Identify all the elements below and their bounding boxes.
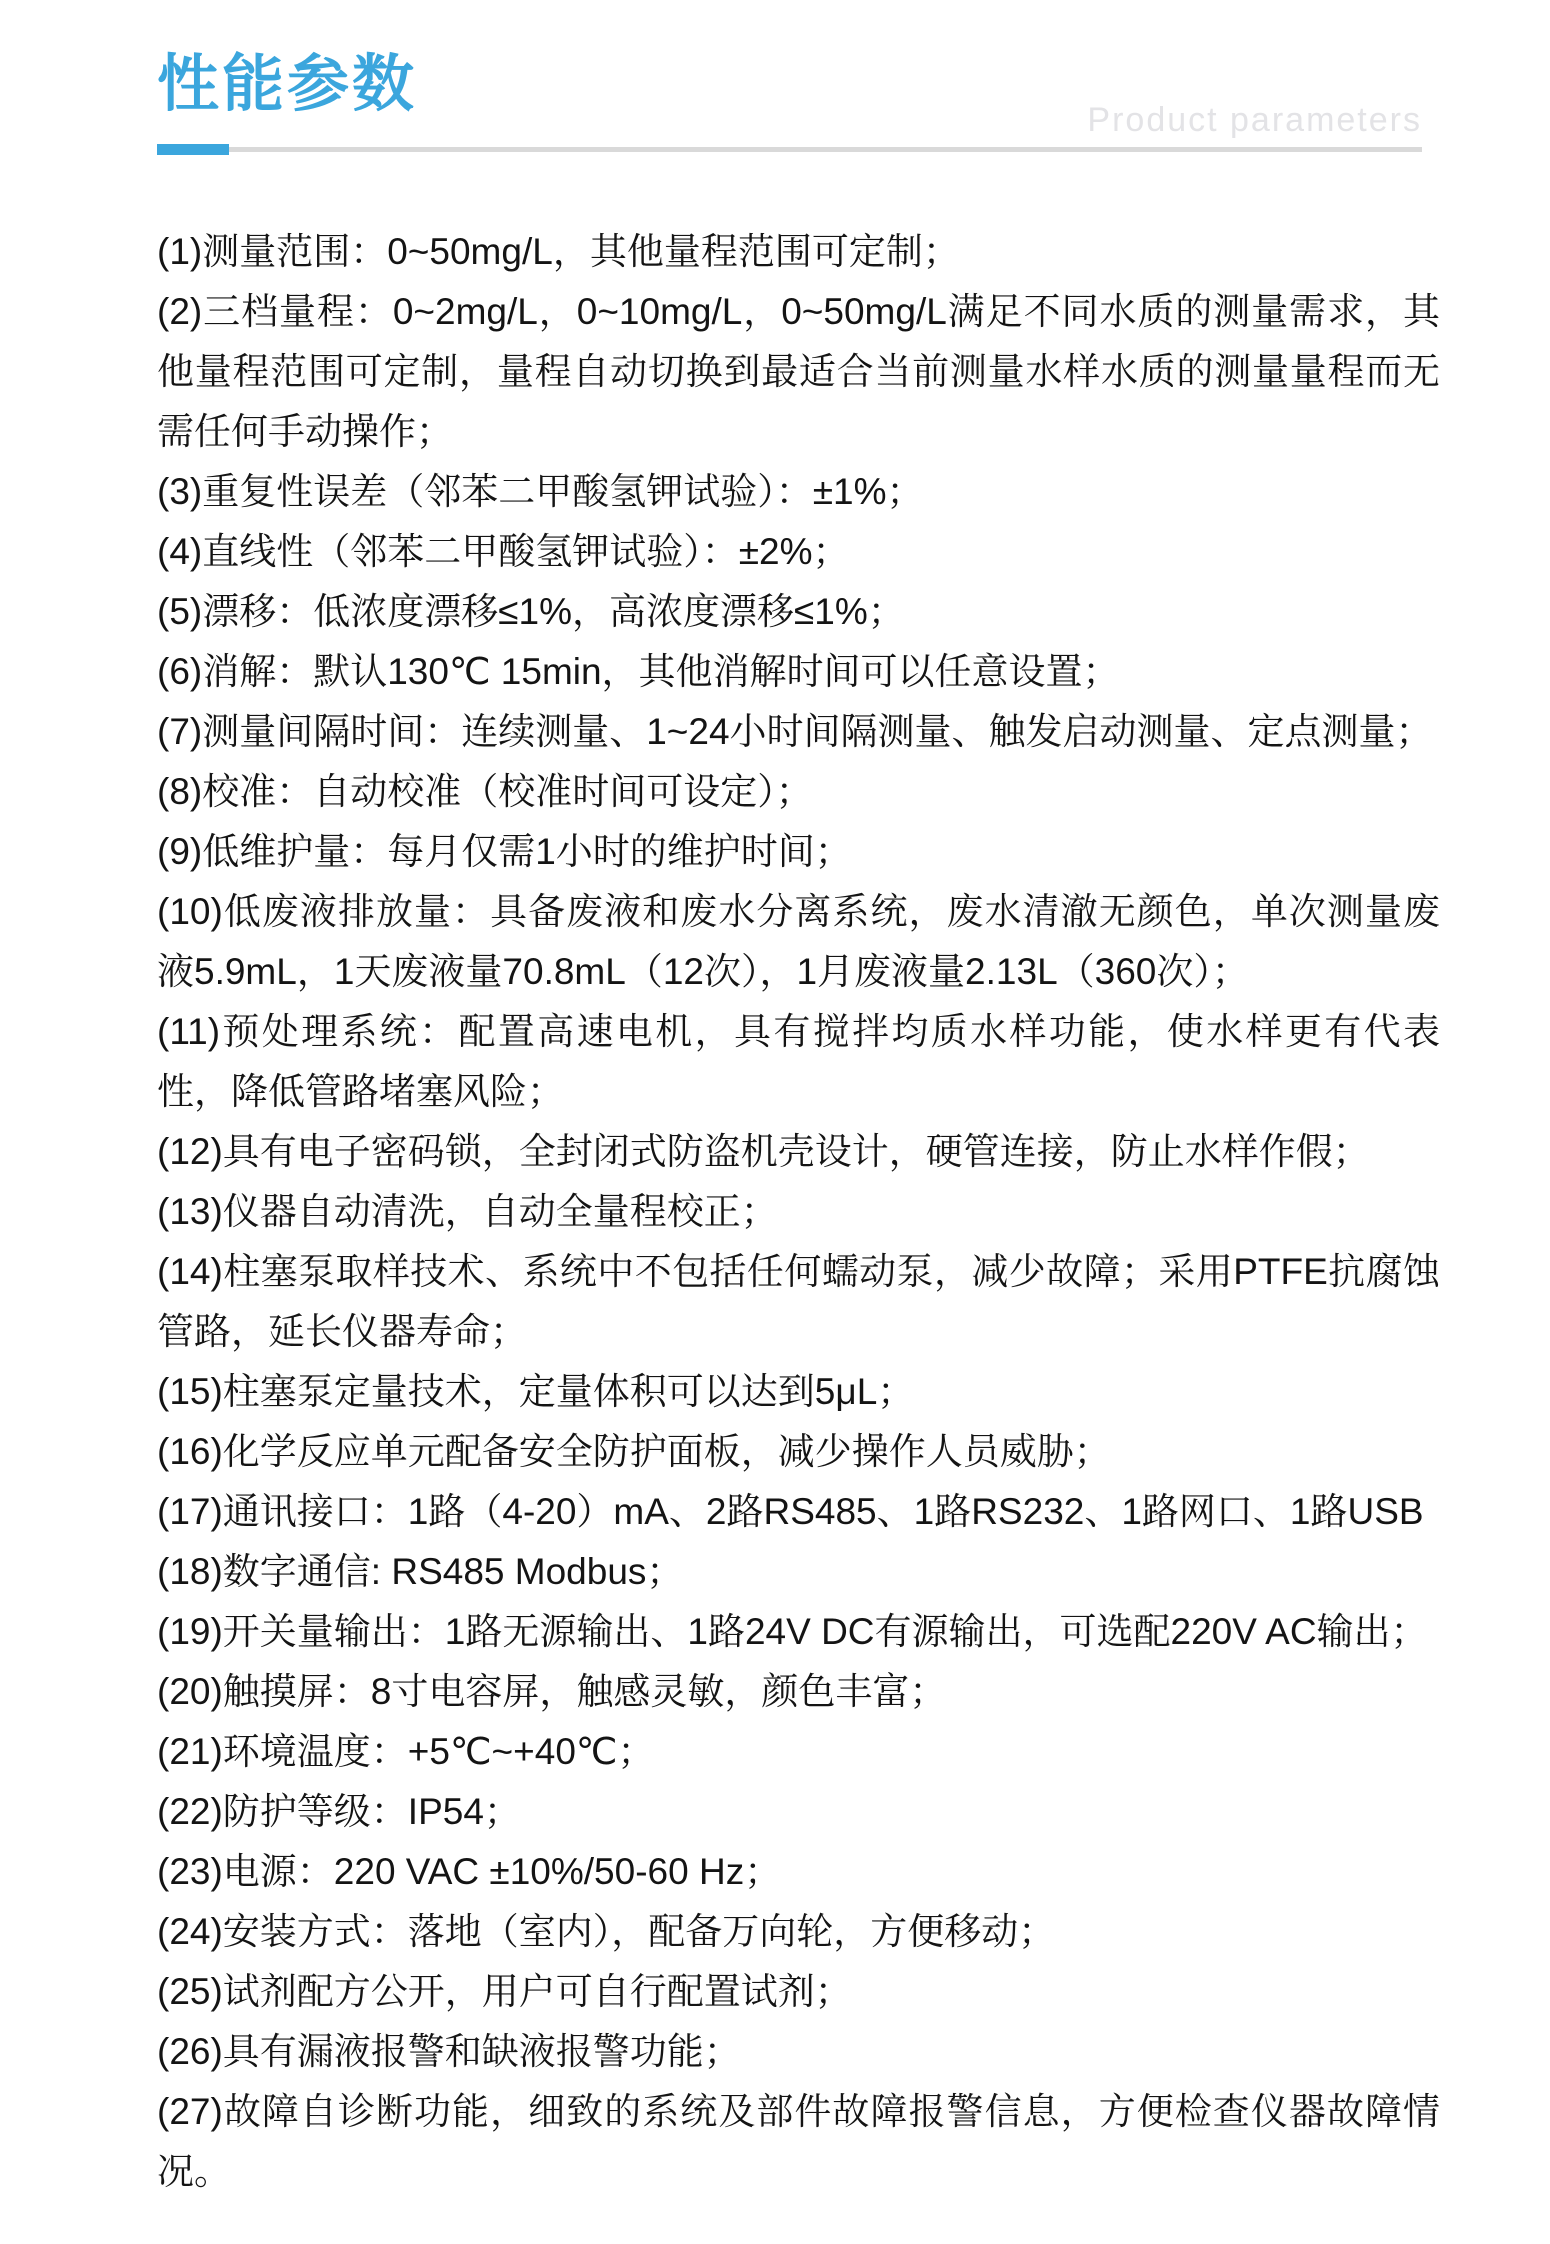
spec-item-20: (20)触摸屏：8寸电容屏，触感灵敏，颜色丰富； bbox=[157, 1662, 1440, 1722]
spec-item-4: (4)直线性（邻苯二甲酸氢钾试验）：±2%； bbox=[157, 522, 1440, 582]
spec-item-11: (11)预处理系统：配置高速电机，具有搅拌均质水样功能，使水样更有代表性，降低管… bbox=[157, 1002, 1440, 1122]
spec-item-18: (18)数字通信: RS485 Modbus； bbox=[157, 1542, 1440, 1602]
spec-item-23: (23)电源：220 VAC ±10%/50-60 Hz； bbox=[157, 1842, 1440, 1902]
spec-item-16: (16)化学反应单元配备安全防护面板，减少操作人员威胁； bbox=[157, 1422, 1440, 1482]
spec-item-5: (5)漂移：低浓度漂移≤1%，高浓度漂移≤1%； bbox=[157, 582, 1440, 642]
spec-item-8: (8)校准：自动校准（校准时间可设定）； bbox=[157, 762, 1440, 822]
spec-item-12: (12)具有电子密码锁，全封闭式防盗机壳设计，硬管连接，防止水样作假； bbox=[157, 1122, 1440, 1182]
spec-item-13: (13)仪器自动清洗，自动全量程校正； bbox=[157, 1182, 1440, 1242]
spec-item-21: (21)环境温度：+5℃~+40℃； bbox=[157, 1722, 1440, 1782]
spec-item-14: (14)柱塞泵取样技术、系统中不包括任何蠕动泵，减少故障；采用PTFE抗腐蚀管路… bbox=[157, 1242, 1440, 1362]
header-divider bbox=[157, 147, 1422, 152]
spec-item-22: (22)防护等级：IP54； bbox=[157, 1782, 1440, 1842]
spec-item-9: (9)低维护量：每月仅需1小时的维护时间； bbox=[157, 822, 1440, 882]
spec-list: (1)测量范围：0~50mg/L，其他量程范围可定制；(2)三档量程：0~2mg… bbox=[157, 222, 1440, 2202]
spec-item-26: (26)具有漏液报警和缺液报警功能； bbox=[157, 2022, 1440, 2082]
spec-item-15: (15)柱塞泵定量技术，定量体积可以达到5μL； bbox=[157, 1362, 1440, 1422]
spec-item-10: (10)低废液排放量：具备废液和废水分离系统，废水清澈无颜色，单次测量废液5.9… bbox=[157, 882, 1440, 1002]
spec-item-6: (6)消解：默认130℃ 15min，其他消解时间可以任意设置； bbox=[157, 642, 1440, 702]
spec-item-7: (7)测量间隔时间：连续测量、1~24小时间隔测量、触发启动测量、定点测量； bbox=[157, 702, 1440, 762]
spec-item-2: (2)三档量程：0~2mg/L，0~10mg/L，0~50mg/L满足不同水质的… bbox=[157, 282, 1440, 462]
page-header: 性能参数 Product parameters bbox=[157, 52, 1422, 152]
header-divider-accent bbox=[157, 144, 229, 155]
spec-item-19: (19)开关量输出：1路无源输出、1路24V DC有源输出，可选配220V AC… bbox=[157, 1602, 1440, 1662]
spec-item-3: (3)重复性误差（邻苯二甲酸氢钾试验）：±1%； bbox=[157, 462, 1440, 522]
spec-item-17: (17)通讯接口：1路（4-20）mA、2路RS485、1路RS232、1路网口… bbox=[157, 1482, 1440, 1542]
spec-item-1: (1)测量范围：0~50mg/L，其他量程范围可定制； bbox=[157, 222, 1440, 282]
spec-item-24: (24)安装方式：落地（室内），配备万向轮，方便移动； bbox=[157, 1902, 1440, 1962]
spec-item-25: (25)试剂配方公开，用户可自行配置试剂； bbox=[157, 1962, 1440, 2022]
spec-item-27: (27)故障自诊断功能，细致的系统及部件故障报警信息，方便检查仪器故障情况。 bbox=[157, 2082, 1440, 2202]
page-subtitle: Product parameters bbox=[1087, 101, 1422, 140]
